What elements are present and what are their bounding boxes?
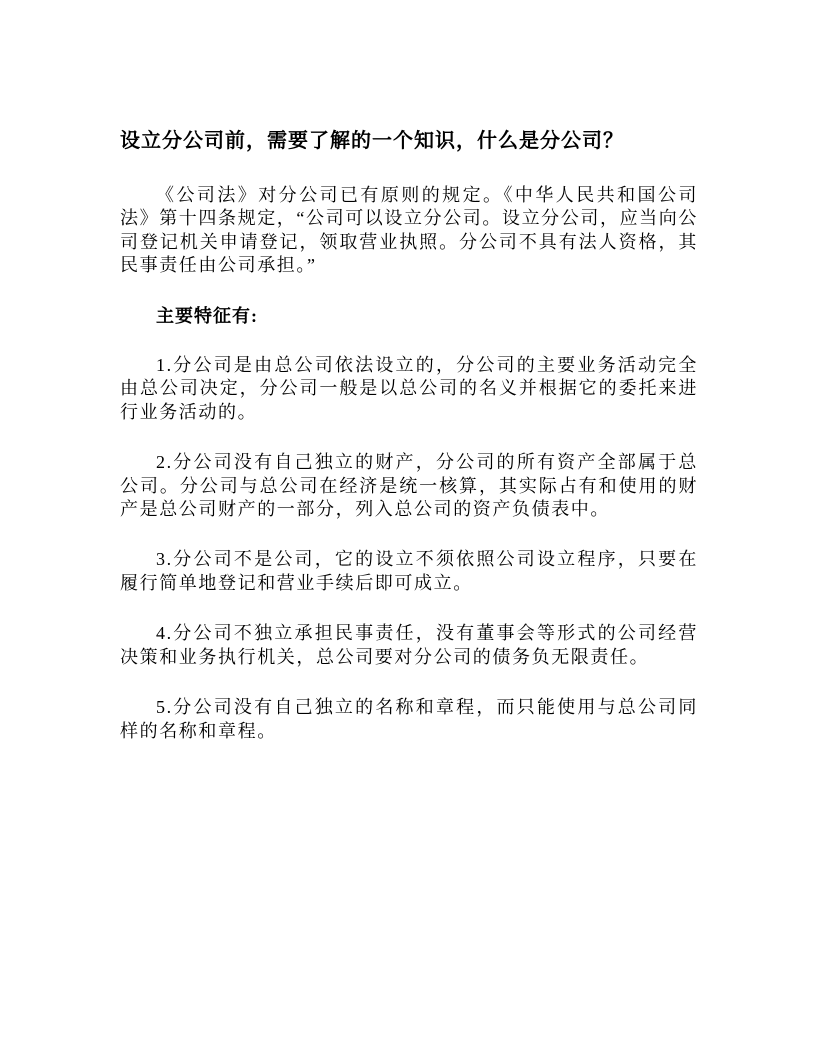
feature-item-1: 1.分公司是由总公司依法设立的，分公司的主要业务活动完全由总公司决定，分公司一般… xyxy=(120,354,698,424)
intro-paragraph: 《公司法》对分公司已有原则的规定。《中华人民共和国公司法》第十四条规定，“公司可… xyxy=(120,184,698,278)
document-page: 设立分公司前，需要了解的一个知识，什么是分公司？ 《公司法》对分公司已有原则的规… xyxy=(0,0,815,1055)
feature-item-5: 5.分公司没有自己独立的名称和章程，而只能使用与总公司同样的名称和章程。 xyxy=(120,696,698,743)
document-content: 设立分公司前，需要了解的一个知识，什么是分公司？ 《公司法》对分公司已有原则的规… xyxy=(120,128,698,743)
feature-item-4: 4.分公司不独立承担民事责任，没有董事会等形式的公司经营决策和业务执行机关，总公… xyxy=(120,622,698,669)
section-heading: 主要特征有: xyxy=(120,305,698,328)
document-title: 设立分公司前，需要了解的一个知识，什么是分公司？ xyxy=(120,128,698,155)
feature-list: 1.分公司是由总公司依法设立的，分公司的主要业务活动完全由总公司决定，分公司一般… xyxy=(120,354,698,743)
feature-item-3: 3.分公司不是公司，它的设立不须依照公司设立程序，只要在履行简单地登记和营业手续… xyxy=(120,548,698,595)
feature-item-2: 2.分公司没有自己独立的财产，分公司的所有资产全部属于总公司。分公司与总公司在经… xyxy=(120,451,698,521)
